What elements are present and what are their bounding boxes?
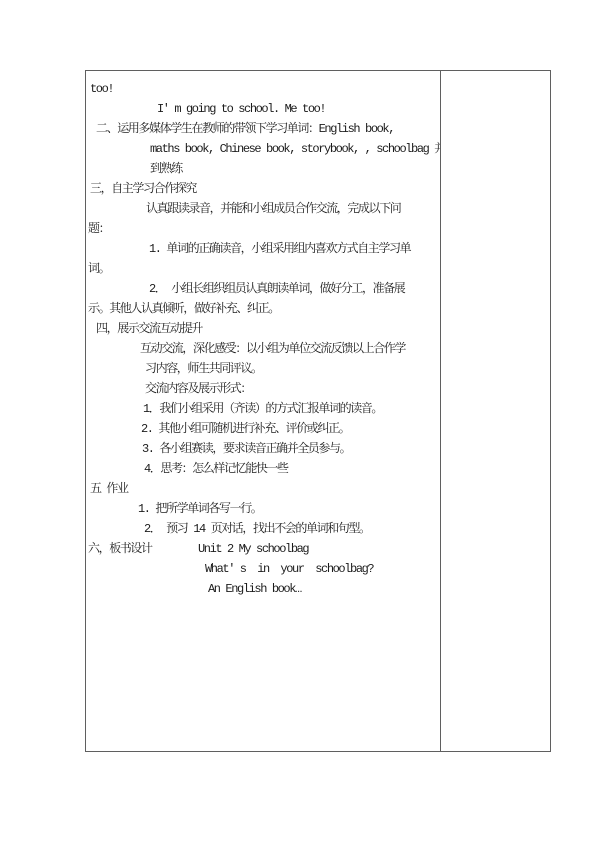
document-line: 四，展示交流互动提升 — [86, 319, 439, 339]
document-line: 2. 其他小组可随机进行补充、评价或纠正。 — [86, 419, 439, 439]
document-line: 到熟练 — [86, 159, 439, 179]
document-line: 1．我们小组采用（齐读）的方式汇报单词的读音。 — [86, 399, 439, 419]
document-line: too! — [86, 79, 439, 99]
document-page: too!I' m going to school. Me too!二、运用多媒体… — [0, 0, 595, 842]
document-line: I' m going to school. Me too! — [86, 99, 439, 119]
lesson-content-cell: too!I' m going to school. Me too!二、运用多媒体… — [86, 71, 441, 751]
document-line: 认真跟读录音，并能和小组成员合作交流，完成以下问 — [86, 199, 439, 219]
document-line: 五 作业 — [86, 479, 439, 499]
document-line: 互动交流，深化感受：以小组为单位交流反馈以上合作学 — [86, 339, 439, 359]
document-line: An English book… — [86, 579, 439, 599]
document-line: 2． 小组长组织组员认真朗读单词，做好分工，准备展 — [86, 279, 439, 299]
document-line: 1. 单词的正确读音，小组采用组内喜欢方式自主学习单 — [86, 239, 439, 259]
document-line: 词。 — [86, 259, 439, 279]
document-line: 习内容，师生共同评议。 — [86, 359, 439, 379]
document-line: 4．思考：怎么样记忆能快一些 — [86, 459, 439, 479]
document-line: What' s in your schoolbag? — [86, 559, 439, 579]
document-line: 2． 预习 14 页对话，找出不会的单词和句型。 — [86, 519, 439, 539]
document-line: 六，板书设计 Unit 2 My schoolbag — [86, 539, 439, 559]
document-line: maths book, Chinese book, storybook, , s… — [86, 139, 439, 159]
document-line: 题： — [86, 219, 439, 239]
notes-column-cell — [441, 71, 550, 751]
lesson-plan-table: too!I' m going to school. Me too!二、运用多媒体… — [85, 70, 551, 752]
document-line: 二、运用多媒体学生在教师的带领下学习单词：English book, — [86, 119, 439, 139]
document-line: 示。其他人认真倾听，做好补充、纠正。 — [86, 299, 439, 319]
document-line: 交流内容及展示形式： — [86, 379, 439, 399]
document-line: 1. 把所学单词各写一行。 — [86, 499, 439, 519]
document-line: 三，自主学习合作探究 — [86, 179, 439, 199]
document-line: 3. 各小组赛读，要求读音正确并全员参与。 — [86, 439, 439, 459]
